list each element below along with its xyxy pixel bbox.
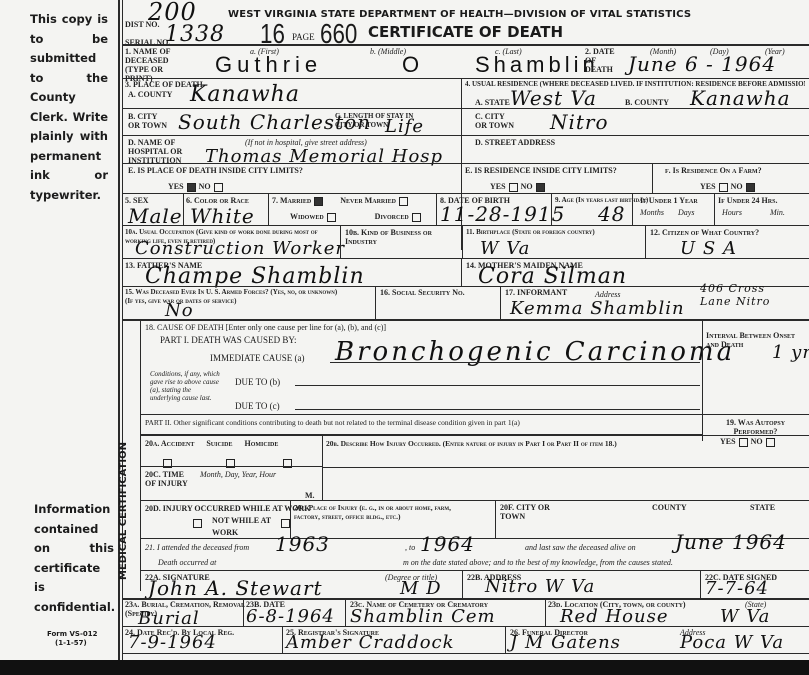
divider [123, 163, 809, 164]
divider [141, 414, 809, 415]
city-label: b. CITY OR TOWN [128, 112, 168, 130]
divider [141, 570, 809, 571]
sig-address-value: Nitro W Va [485, 576, 595, 597]
immediate-cause-label: IMMEDIATE CAUSE (a) [210, 353, 305, 363]
occupation-value: Construction Worker [135, 238, 345, 259]
middle-label: b. (Middle) [370, 47, 406, 56]
divider [462, 225, 463, 258]
to-label: , to [405, 543, 415, 552]
divider [123, 653, 809, 654]
underline [330, 362, 700, 363]
divider [714, 193, 715, 225]
yes-label: YES [700, 182, 716, 191]
divider [322, 467, 809, 468]
res-inside-city-options[interactable]: YESNO [490, 182, 548, 192]
armed-forces-value: No [165, 300, 194, 321]
checkbox-while-at-work[interactable] [193, 519, 202, 528]
checkbox-no[interactable] [214, 183, 223, 192]
citizen-value: U S A [680, 238, 737, 259]
yes-label: YES [168, 182, 184, 191]
last-saw-value: June 1964 [675, 530, 787, 554]
cause-of-death-label: 18. CAUSE OF DEATH [Enter only one cause… [145, 323, 386, 332]
armed-forces-label: 15. Was Deceased Ever In U. S. Armed For… [125, 288, 340, 306]
checkbox-married[interactable] [314, 197, 323, 206]
checkbox-divorced[interactable] [412, 213, 421, 222]
interval-value: 1 yr [772, 342, 809, 363]
divorced-label: Divorced [375, 212, 409, 221]
birthplace-value: W Va [480, 238, 530, 259]
divider [702, 321, 703, 441]
checkbox-no[interactable] [746, 183, 755, 192]
days-label: Days [678, 208, 694, 217]
widowed-option[interactable]: WidowedDivorced [290, 212, 424, 222]
divider [282, 626, 283, 654]
funeral-director-value: J M Gatens [510, 632, 621, 653]
divider [340, 225, 341, 258]
on-date-label: m on the date stated above; and to the b… [403, 558, 673, 567]
dob-value: 11-28-1915 [440, 202, 565, 226]
time-injury-label: 20c. TIME OF INJURY [145, 470, 190, 488]
divider [461, 258, 462, 286]
divider [345, 598, 346, 626]
citizen-label: 12. Citizen of What Country? [650, 228, 759, 237]
checkbox-no[interactable] [766, 438, 775, 447]
age-value: 48 [598, 202, 625, 226]
scan-border [0, 660, 809, 675]
divider [123, 44, 809, 46]
business-label: 10b. Kind of Business or Industry [345, 228, 435, 246]
married-label: 7. Married [272, 196, 311, 205]
confidential-notice: Information contained on this certificat… [34, 500, 114, 617]
res-state-value: West Va [510, 86, 597, 110]
divider [495, 500, 496, 538]
yes-label: YES [490, 182, 506, 191]
middle-name-value: O [402, 52, 420, 78]
occurred-at-label: Death occurred at [158, 558, 216, 567]
divider [632, 193, 633, 225]
divider [268, 193, 269, 225]
res-city-label: c. CITY OR TOWN [475, 112, 515, 130]
registrar-value: Amber Craddock [286, 632, 455, 653]
due-to-c-label: DUE TO (c) [235, 401, 280, 411]
divider [123, 108, 809, 109]
hospital-label: d. NAME OF HOSPITAL OR INSTITUTION [128, 138, 198, 165]
birthplace-label: 11. Birthplace (State or foreign country… [466, 228, 595, 237]
divider [141, 500, 809, 501]
divider [645, 225, 646, 258]
ssn-label: 16. Social Security No. [380, 288, 465, 297]
injury-state-label: STATE [750, 503, 775, 512]
divider [551, 193, 552, 225]
no-label: NO [731, 182, 743, 191]
date-signed-value: 7-7-64 [705, 578, 769, 599]
res-state-label: a. STATE [475, 98, 510, 107]
no-label: NO [751, 437, 763, 446]
under1-label: If Under 1 Year [640, 196, 698, 205]
fd-address-value: Poca W Va [680, 632, 784, 653]
page-label: PAGE [292, 32, 315, 42]
divider [141, 466, 322, 467]
checkbox-yes[interactable] [739, 438, 748, 447]
injury-county-label: COUNTY [652, 503, 687, 512]
cemetery-value: Shamblin Cem [350, 606, 496, 627]
accident-option: 20a. AccidentSuicideHomicide [145, 439, 278, 448]
accident-label: 20a. Accident [145, 439, 194, 448]
res-county-label: b. COUNTY [625, 98, 669, 107]
county-value: Kanawha [190, 82, 300, 107]
conditions-note: Conditions, if any, which gave rise to a… [150, 370, 220, 402]
time-format-label: Month, Day, Year, Hour [200, 470, 276, 479]
instructions-text: This copy is to be submitted to the Coun… [30, 10, 108, 205]
divider [652, 163, 653, 193]
attended-label: 21. I attended the deceased from [145, 543, 249, 552]
divider [243, 598, 244, 626]
first-name-value: Guthrie [215, 52, 322, 78]
location-value: Red House [560, 606, 668, 627]
checkbox-not-while-at-work[interactable] [281, 519, 290, 528]
divider [545, 598, 546, 626]
signature-value: John A. Stewart [148, 576, 323, 600]
checkbox-yes[interactable] [509, 183, 518, 192]
autopsy-label: 19. Was Autopsy Performed? [708, 418, 803, 436]
form-date: (1-1-57) [55, 639, 87, 647]
divider [123, 319, 809, 321]
divider [141, 435, 809, 436]
under24-label: If Under 24 Hrs. [718, 196, 777, 205]
min-label: Min. [770, 208, 785, 217]
m-label: M. [305, 491, 315, 500]
divider [500, 286, 501, 319]
divider [700, 570, 701, 598]
inside-city-yes[interactable]: YESNO [168, 182, 226, 192]
res-city-value: Nitro [550, 110, 609, 134]
informant-address-value: 406 Cross Lane Nitro [700, 282, 800, 308]
date-of-death-label: 2. DATE OF DEATH [585, 47, 625, 74]
checkbox-never-married[interactable] [399, 197, 408, 206]
divider [140, 321, 141, 591]
no-label: NO [521, 182, 533, 191]
divider [123, 78, 809, 79]
divider [183, 193, 184, 225]
divider [505, 626, 506, 654]
checkbox-no[interactable] [536, 183, 545, 192]
farm-label: f. Is Residence On a Farm? [665, 166, 762, 175]
inside-city-label: e. IS PLACE OF DEATH INSIDE CITY LIMITS? [128, 166, 303, 175]
agency-heading: WEST VIRGINIA STATE DEPARTMENT OF HEALTH… [228, 9, 691, 20]
never-married-label: Never Married [340, 196, 396, 205]
widowed-label: Widowed [290, 212, 324, 221]
part2-label: PART II. Other significant conditions co… [145, 418, 700, 427]
divider [462, 570, 463, 598]
divider [123, 135, 809, 136]
no-label: NO [199, 182, 211, 191]
street-label: d. STREET ADDRESS [475, 138, 555, 147]
farm-options[interactable]: YESNO [700, 182, 758, 192]
hours-label: Hours [722, 208, 742, 217]
burial-date-value: 6-8-1964 [246, 606, 335, 627]
place-injury-label: 20e. Place of Injury (e. g., in or about… [294, 503, 464, 521]
certificate-title: CERTIFICATE OF DEATH [368, 23, 563, 41]
checkbox-yes[interactable] [719, 183, 728, 192]
res-inside-city-label: e. IS RESIDENCE INSIDE CITY LIMITS? [465, 166, 617, 175]
homicide-label: Homicide [244, 439, 278, 448]
yes-label: YES [720, 437, 736, 446]
divider [123, 193, 809, 194]
not-while-work-label: NOT WHILE AT WORK [212, 515, 277, 539]
informant-label: 17. INFORMANT [505, 288, 567, 297]
underline [295, 385, 700, 386]
how-injury-label: 20b. Describe How Injury Occurred. (Ente… [326, 439, 617, 448]
married-option[interactable]: 7. MarriedNever Married [272, 196, 411, 206]
medical-certification-label: MEDICAL CERTIFICATION [118, 558, 129, 580]
attended-to-value: 1964 [420, 532, 475, 556]
injury-city-label: 20f. CITY OR TOWN [500, 503, 560, 521]
attended-from-value: 1963 [275, 532, 330, 556]
part1-label: PART I. DEATH WAS CAUSED BY: [160, 335, 297, 345]
underline [295, 409, 700, 410]
length-stay-value: Life [385, 116, 424, 137]
due-to-b-label: DUE TO (b) [235, 377, 280, 387]
date-of-death-value: June 6 - 1964 [628, 52, 776, 76]
divider [123, 258, 809, 259]
county-label: a. COUNTY [128, 90, 172, 99]
res-county-value: Kanawha [690, 86, 791, 110]
form-number: Form VS-012 [47, 630, 97, 638]
degree-value: M D [400, 578, 442, 599]
autopsy-options[interactable]: YESNO [720, 437, 778, 447]
informant-value: Kemma Shamblin [510, 298, 685, 319]
divider [375, 286, 376, 319]
location-state-value: W Va [720, 606, 770, 627]
divider [123, 225, 809, 226]
divider [123, 626, 809, 627]
checkbox-yes[interactable] [187, 183, 196, 192]
months-label: Months [640, 208, 664, 217]
suicide-label: Suicide [206, 439, 232, 448]
rec-date-value: 7-9-1964 [128, 632, 217, 653]
last-saw-label: and last saw the deceased alive on [525, 543, 636, 552]
checkbox-widowed[interactable] [327, 213, 336, 222]
divider [436, 193, 437, 225]
last-name-value: Shamblin [475, 52, 599, 78]
